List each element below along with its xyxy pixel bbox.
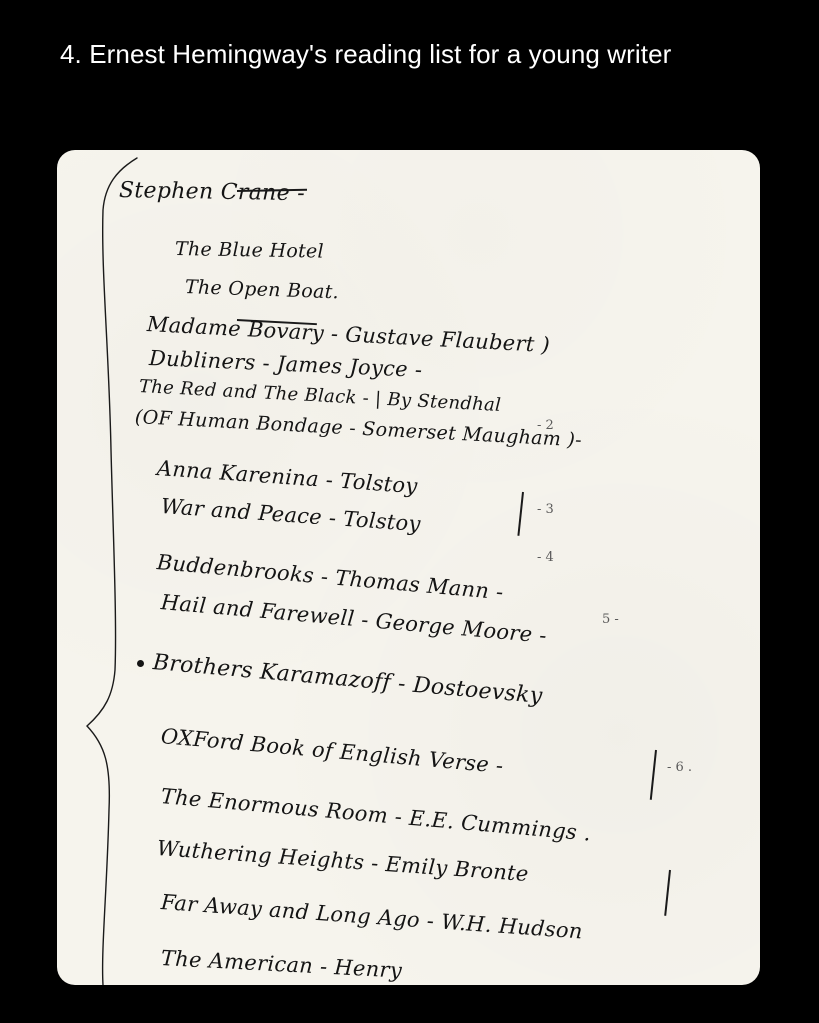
book-line-oxford-book: OXFord Book of English Verse - <box>160 724 504 778</box>
margin-number-4: - 4 <box>537 550 554 565</box>
bullet-mark <box>137 660 144 667</box>
dostoevsky-bracket-stroke <box>650 750 657 800</box>
book-line-brothers-karamazov: Brothers Karamazoff - Dostoevsky <box>152 650 544 709</box>
margin-number-6: - 6 . <box>667 760 692 775</box>
book-line-anna-karenina: Anna Karenina - Tolstoy <box>156 456 418 498</box>
book-line-wuthering-heights: Wuthering Heights - Emily Bronte <box>156 836 529 886</box>
book-line-open-boat: The Open Boat. <box>185 276 340 303</box>
curly-brace-mark <box>57 150 167 985</box>
author-heading: Stephen Crane - <box>119 178 305 206</box>
tolstoy-bracket-stroke <box>517 492 523 536</box>
book-line-far-away: Far Away and Long Ago - W.H. Hudson <box>160 890 583 943</box>
book-line-the-american: The American - Henry <box>160 946 402 983</box>
book-line-blue-hotel: The Blue Hotel <box>175 238 324 263</box>
manuscript-image: Stephen Crane - The Blue Hotel The Open … <box>57 150 760 985</box>
cummings-bracket-stroke <box>664 870 670 916</box>
book-line-enormous-room: The Enormous Room - E.E. Cummings . <box>160 784 592 846</box>
book-line-war-and-peace: War and Peace - Tolstoy <box>160 494 421 536</box>
book-line-human-bondage: (OF Human Bondage - Somerset Maugham )- <box>134 406 582 451</box>
margin-number-3: - 3 <box>537 502 554 517</box>
book-line-dubliners: Dubliners - James Joyce - <box>148 346 422 382</box>
post-caption: 4. Ernest Hemingway's reading list for a… <box>60 36 760 72</box>
margin-number-5: 5 - <box>602 612 619 627</box>
